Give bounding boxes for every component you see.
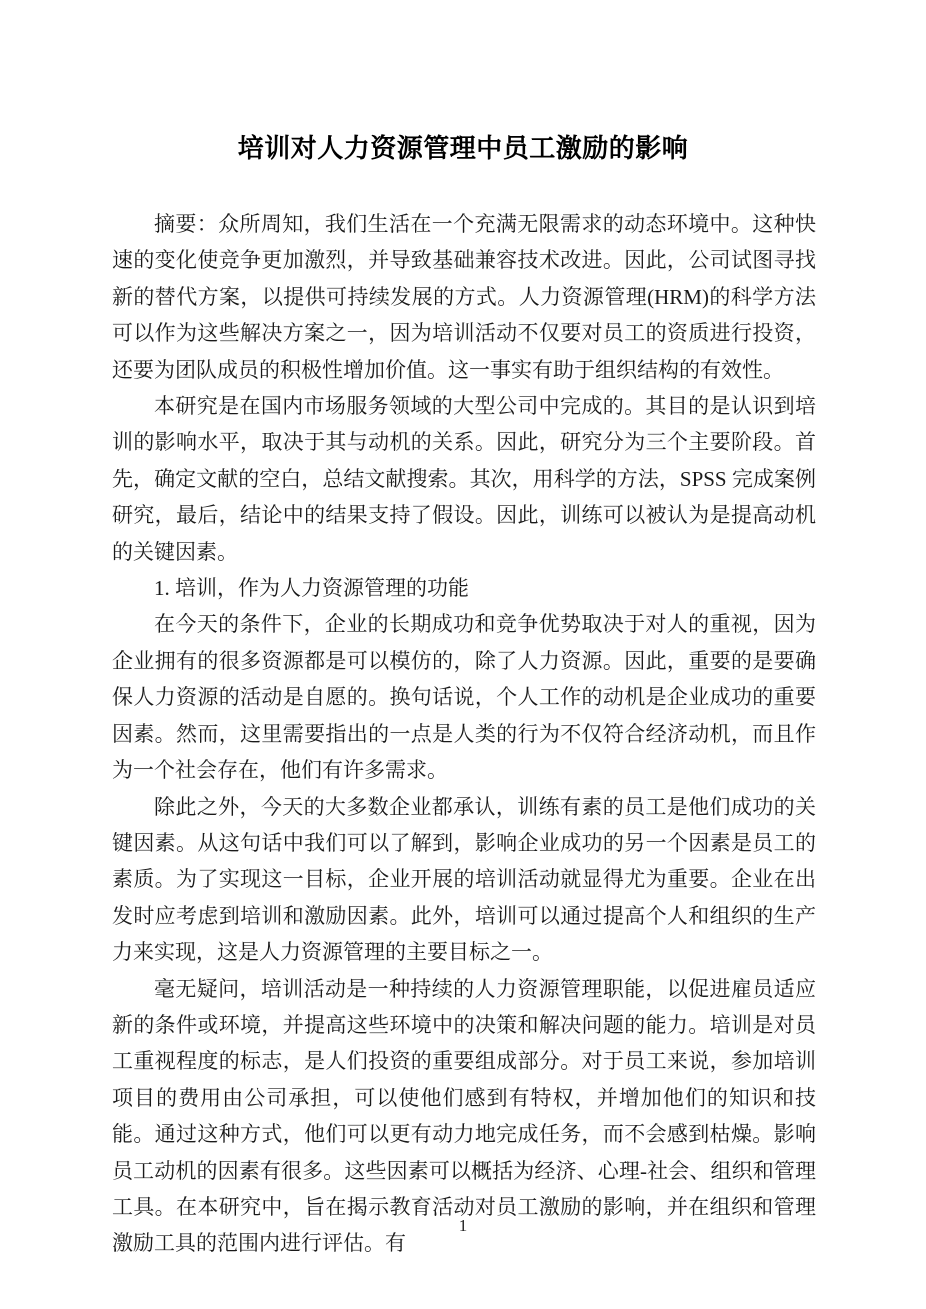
document-body: 摘要：众所周知，我们生活在一个充满无限需求的动态环境中。这种快速的变化使竞争更加… <box>112 206 816 1262</box>
document-page: 培训对人力资源管理中员工激励的影响 摘要：众所周知，我们生活在一个充满无限需求的… <box>0 0 926 1309</box>
abstract-paragraph: 摘要：众所周知，我们生活在一个充满无限需求的动态环境中。这种快速的变化使竞争更加… <box>112 206 816 388</box>
research-overview-paragraph: 本研究是在国内市场服务领域的大型公司中完成的。其目的是认识到培训的影响水平，取决… <box>112 388 816 570</box>
document-title: 培训对人力资源管理中员工激励的影响 <box>0 128 926 165</box>
page-number: 1 <box>0 1216 926 1236</box>
trained-employees-paragraph: 除此之外，今天的大多数企业都承认，训练有素的员工是他们成功的关键因素。从这句话中… <box>112 789 816 971</box>
long-term-success-paragraph: 在今天的条件下，企业的长期成功和竞争优势取决于对人的重视，因为企业拥有的很多资源… <box>112 606 816 788</box>
section-heading: 1. 培训，作为人力资源管理的功能 <box>112 570 816 606</box>
